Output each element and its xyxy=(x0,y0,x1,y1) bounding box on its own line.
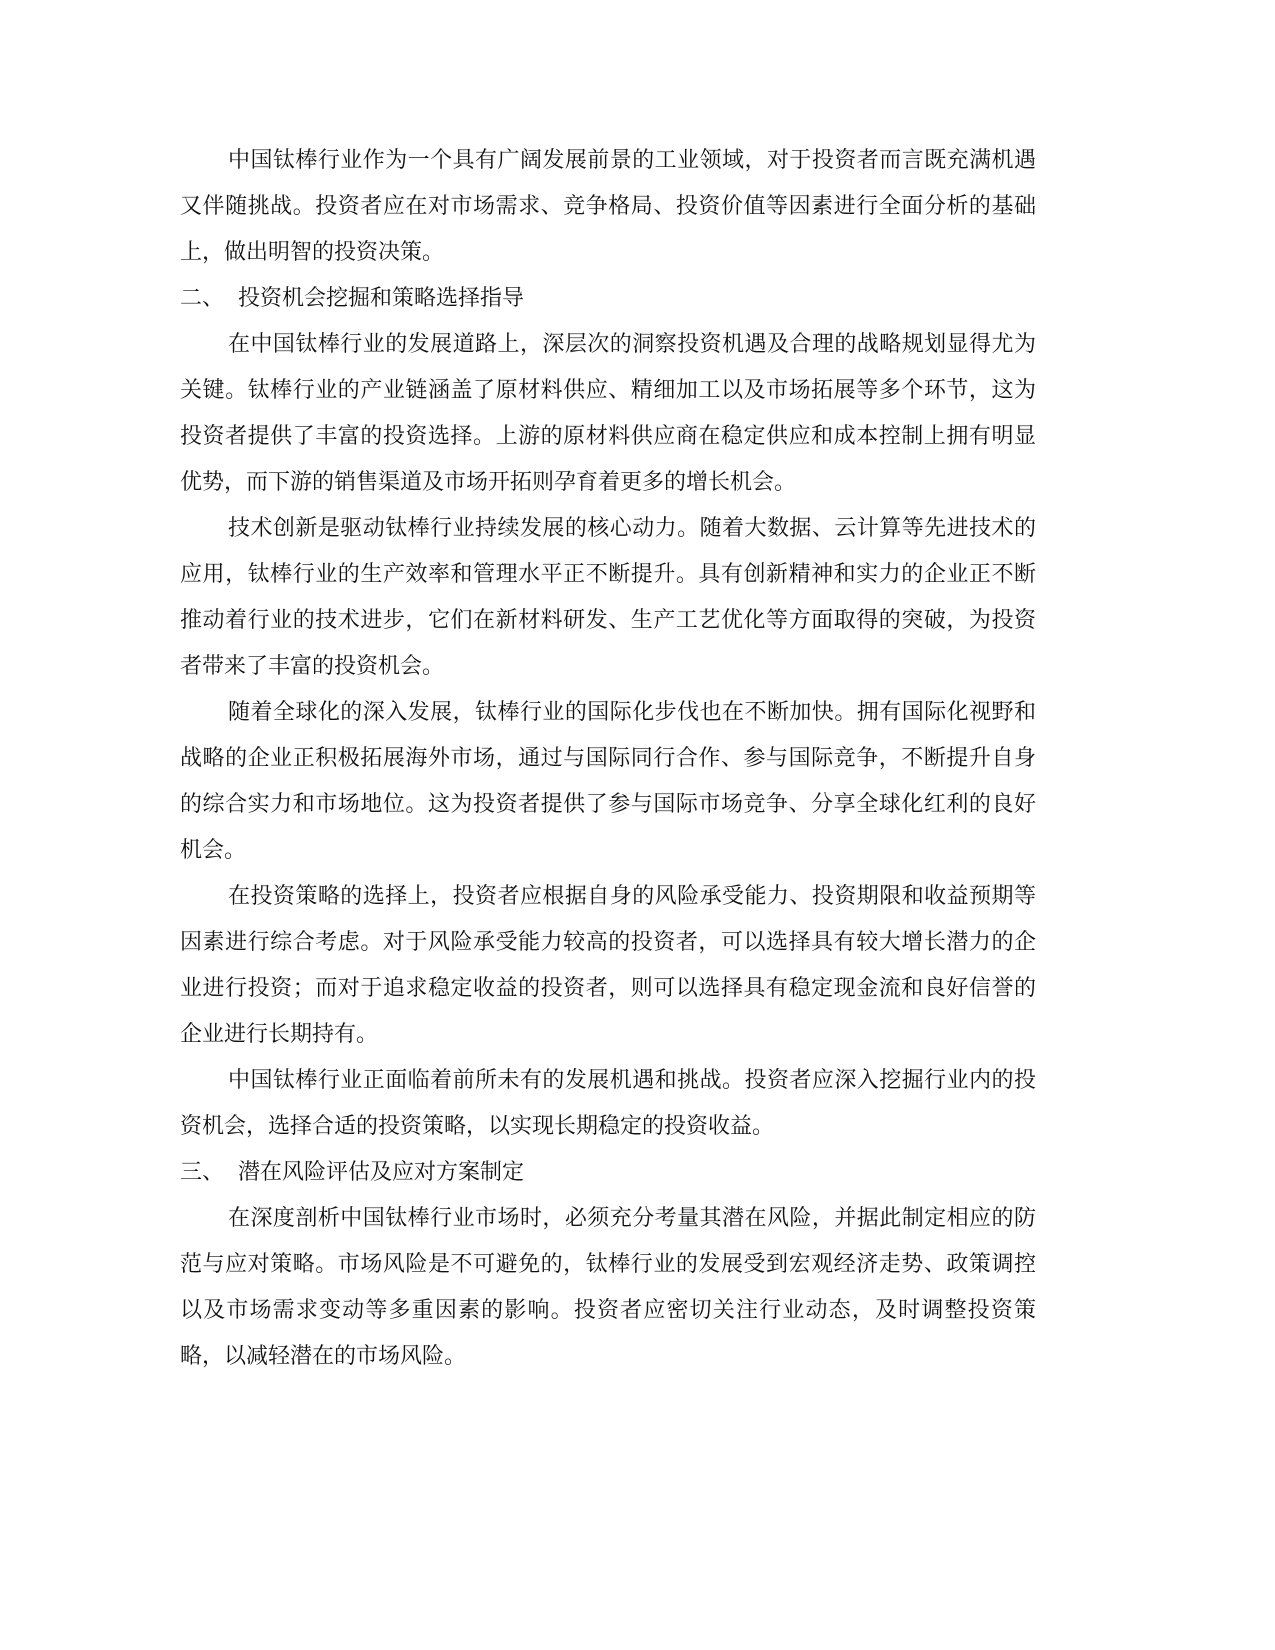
paragraph-technology-innovation: 技术创新是驱动钛棒行业持续发展的核心动力。随着大数据、云计算等先进技术的应用，钛… xyxy=(180,506,1036,690)
section-heading-3: 三、潜在风险评估及应对方案制定 xyxy=(180,1150,1036,1196)
paragraph-intro-conclusion: 中国钛棒行业作为一个具有广阔发展前景的工业领域，对于投资者而言既充满机遇又伴随挑… xyxy=(180,138,1036,276)
section-number: 二、 xyxy=(180,276,238,322)
section-title: 潜在风险评估及应对方案制定 xyxy=(238,1160,524,1185)
paragraph-investment-strategy: 在投资策略的选择上，投资者应根据自身的风险承受能力、投资期限和收益预期等因素进行… xyxy=(180,874,1036,1058)
section-heading-2: 二、投资机会挖掘和策略选择指导 xyxy=(180,276,1036,322)
paragraph-market-risk: 在深度剖析中国钛棒行业市场时，必须充分考量其潜在风险，并据此制定相应的防范与应对… xyxy=(180,1196,1036,1380)
paragraph-section-summary: 中国钛棒行业正面临着前所未有的发展机遇和挑战。投资者应深入挖掘行业内的投资机会，… xyxy=(180,1058,1036,1150)
section-title: 投资机会挖掘和策略选择指导 xyxy=(238,286,524,311)
paragraph-globalization: 随着全球化的深入发展，钛棒行业的国际化步伐也在不断加快。拥有国际化视野和战略的企… xyxy=(180,690,1036,874)
paragraph-industry-chain: 在中国钛棒行业的发展道路上，深层次的洞察投资机遇及合理的战略规划显得尤为关键。钛… xyxy=(180,322,1036,506)
section-number: 三、 xyxy=(180,1150,238,1196)
document-page: 中国钛棒行业作为一个具有广阔发展前景的工业领域，对于投资者而言既充满机遇又伴随挑… xyxy=(180,138,1036,1380)
